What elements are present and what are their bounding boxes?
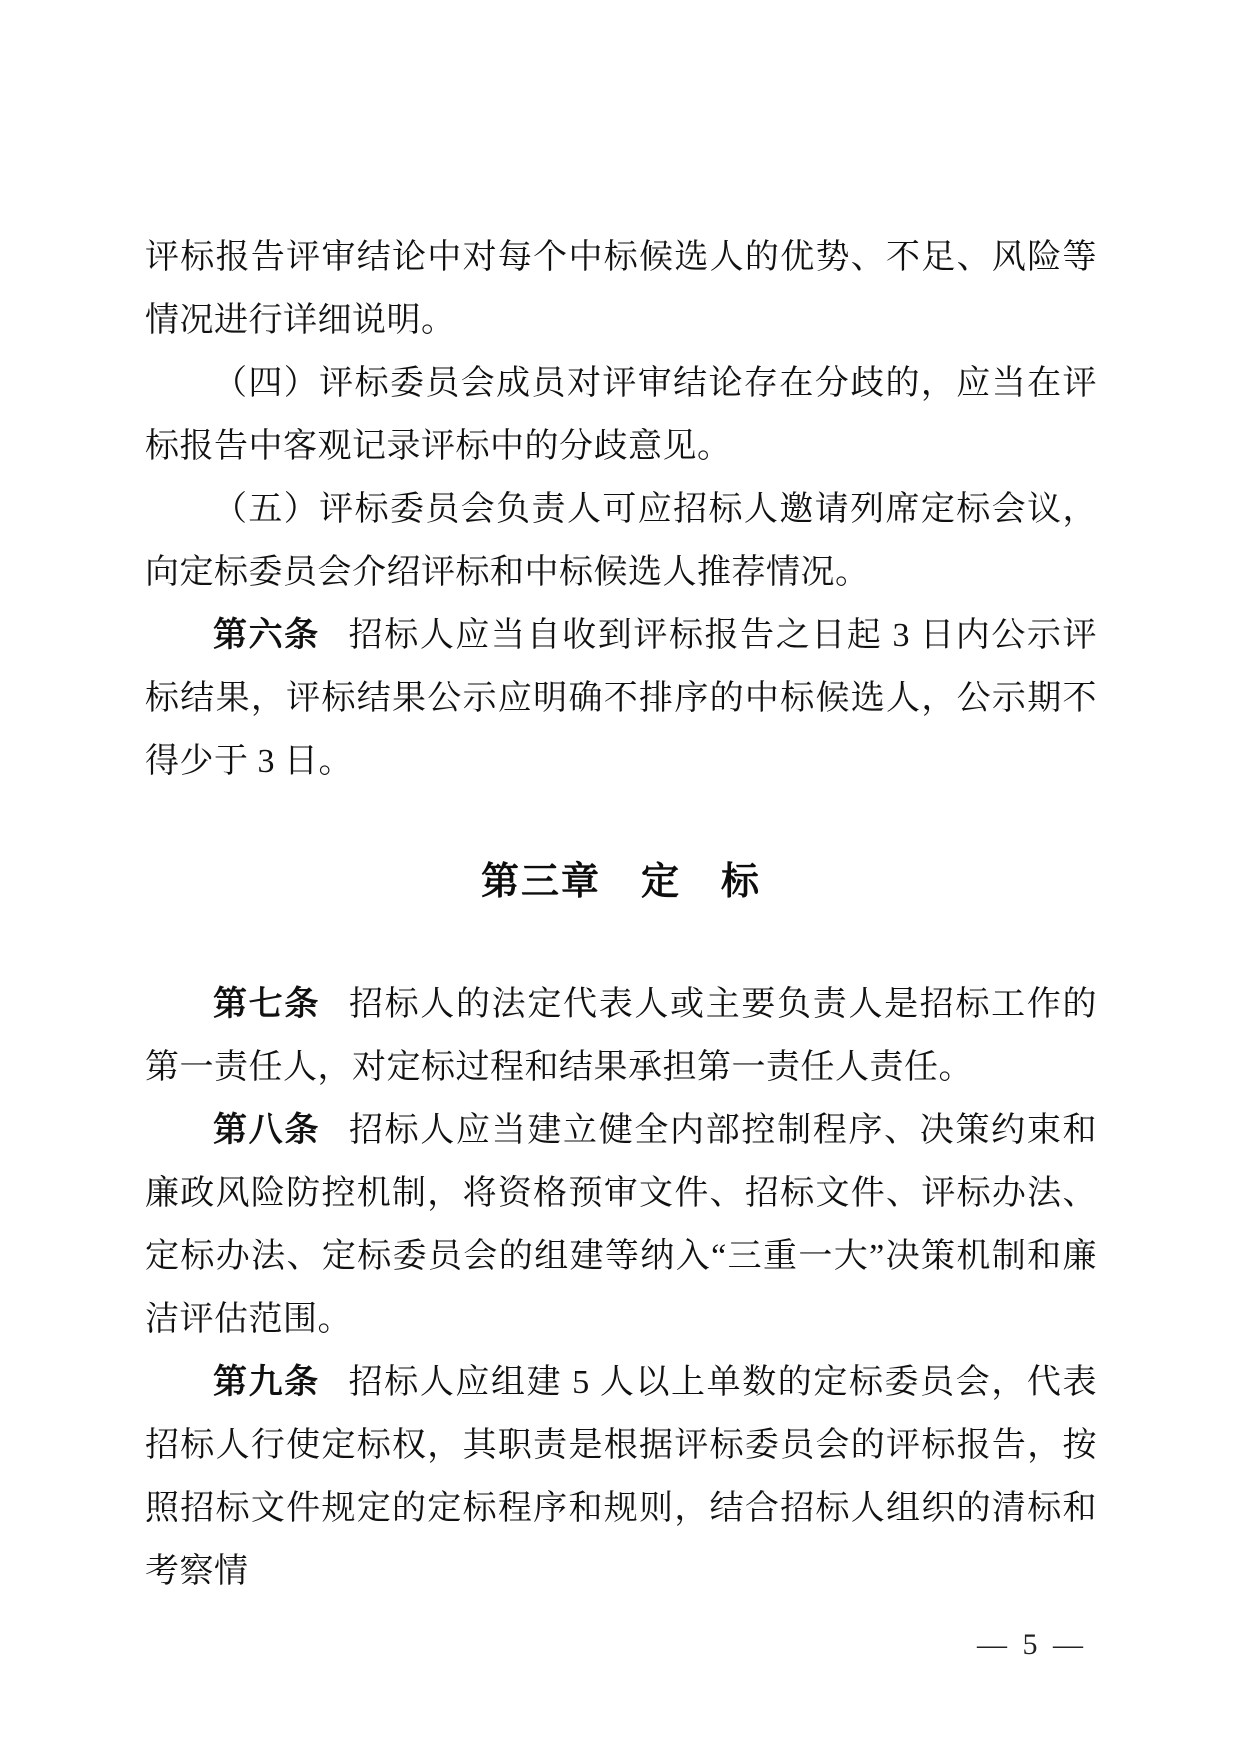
article-number-label: 第八条: [213, 1111, 320, 1149]
article-number-label: 第七条: [213, 985, 320, 1023]
paragraph-text: （四）评标委员会成员对评审结论存在分歧的，应当在评标报告中客观记录评标中的分歧意…: [145, 365, 1097, 465]
paragraph-article-7: 第七条招标人的法定代表人或主要负责人是招标工作的第一责任人，对定标过程和结果承担…: [145, 973, 1097, 1099]
paragraph-article-6: 第六条招标人应当自收到评标报告之日起 3 日内公示评标结果，评标结果公示应明确不…: [145, 604, 1097, 793]
chapter-heading: 第三章 定 标: [145, 851, 1097, 914]
paragraph-continuation: 评标报告评审结论中对每个中标候选人的优势、不足、风险等情况进行详细说明。: [145, 226, 1097, 352]
paragraph-item-four: （四）评标委员会成员对评审结论存在分歧的，应当在评标报告中客观记录评标中的分歧意…: [145, 352, 1097, 478]
document-page: 评标报告评审结论中对每个中标候选人的优势、不足、风险等情况进行详细说明。 （四）…: [0, 0, 1241, 1755]
document-body: 评标报告评审结论中对每个中标候选人的优势、不足、风险等情况进行详细说明。 （四）…: [145, 226, 1097, 1603]
paragraph-item-five: （五）评标委员会负责人可应招标人邀请列席定标会议，向定标委员会介绍评标和中标候选…: [145, 478, 1097, 604]
paragraph-article-8: 第八条招标人应当建立健全内部控制程序、决策约束和廉政风险防控机制，将资格预审文件…: [145, 1099, 1097, 1351]
paragraph-text: 评标报告评审结论中对每个中标候选人的优势、不足、风险等情况进行详细说明。: [145, 239, 1097, 339]
page-number: — 5 —: [977, 1628, 1087, 1662]
article-number-label: 第九条: [213, 1363, 320, 1401]
paragraph-text: （五）评标委员会负责人可应招标人邀请列席定标会议，向定标委员会介绍评标和中标候选…: [145, 491, 1097, 591]
article-number-label: 第六条: [213, 616, 320, 654]
paragraph-article-9: 第九条招标人应组建 5 人以上单数的定标委员会，代表招标人行使定标权，其职责是根…: [145, 1351, 1097, 1603]
